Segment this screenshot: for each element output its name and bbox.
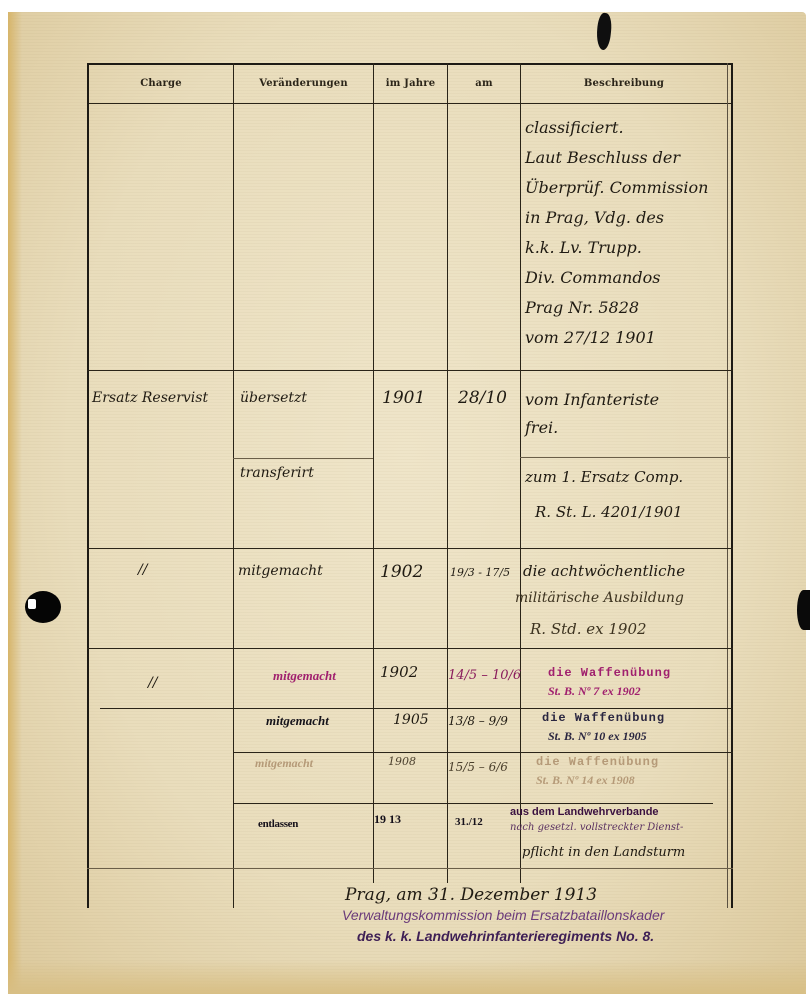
desc-line: R. St. L. 4201/1901 bbox=[535, 503, 683, 521]
header-divider bbox=[87, 103, 733, 104]
cell-charge: Ersatz Reservist bbox=[92, 390, 208, 406]
desc-line: pflicht in den Landsturm bbox=[522, 845, 685, 860]
row-subdivider-verand bbox=[233, 458, 373, 459]
cell-veraenderungen-stamp: mitgemacht bbox=[255, 756, 313, 771]
cell-im-jahre: 1908 bbox=[388, 755, 416, 768]
row-divider-2 bbox=[87, 548, 733, 549]
cell-am: 19/3 - 17/5 bbox=[450, 566, 510, 579]
header-im-jahre: im Jahre bbox=[374, 63, 447, 103]
cell-im-jahre: 1902 bbox=[380, 663, 418, 681]
cell-am: 14/5 – 10/6 bbox=[448, 668, 521, 683]
place-date-handwritten: Prag, am 31. Dezember 1913 bbox=[345, 885, 597, 905]
desc-line: nach gesetzl. vollstreckter Dienst- bbox=[510, 822, 683, 833]
header-am: am bbox=[448, 63, 520, 103]
cell-im-jahre: 19 13 bbox=[374, 812, 401, 827]
desc-stamp-line: die Waffenübung bbox=[536, 755, 659, 769]
row-divider-6 bbox=[233, 803, 713, 804]
desc-line: vom 27/12 1901 bbox=[525, 328, 656, 347]
desc-line: Div. Commandos bbox=[525, 268, 660, 287]
desc-line: militärische Ausbildung bbox=[515, 590, 684, 606]
cell-am: 15/5 – 6/6 bbox=[448, 760, 508, 774]
desc-stamp-line: St. B. Nº 10 ex 1905 bbox=[548, 729, 647, 744]
cell-veraenderungen: transferirt bbox=[240, 465, 314, 481]
row-divider-7 bbox=[87, 868, 733, 869]
desc-stamp-line: aus dem Landwehrverbande bbox=[510, 806, 659, 818]
cell-veraenderungen-stamp: entlassen bbox=[258, 818, 298, 830]
cell-am: 31./12 bbox=[455, 816, 483, 828]
desc-line: die achtwöchentliche bbox=[523, 562, 685, 580]
header-beschreibung: Beschreibung bbox=[521, 63, 727, 103]
cell-veraenderungen: übersetzt bbox=[240, 390, 307, 406]
paper-page bbox=[8, 12, 806, 994]
cell-im-jahre: 1905 bbox=[393, 712, 429, 728]
cell-charge-ditto: // bbox=[138, 562, 147, 578]
desc-line: k.k. Lv. Trupp. bbox=[525, 238, 642, 257]
stamp-line-1: Verwaltungskommission beim Ersatzbataill… bbox=[342, 907, 664, 923]
stamp-line-2: des k. k. Landwehrinfanterieregiments No… bbox=[357, 928, 654, 944]
desc-line: R. Std. ex 1902 bbox=[530, 620, 647, 638]
cell-im-jahre: 1902 bbox=[380, 562, 423, 582]
cell-veraenderungen-stamp: mitgemacht bbox=[273, 668, 336, 684]
cell-veraenderungen-stamp: mitgemacht bbox=[266, 713, 329, 729]
row-divider-4 bbox=[100, 708, 732, 709]
row-divider-1 bbox=[87, 370, 733, 371]
cell-am: 28/10 bbox=[458, 388, 507, 408]
cell-am: 13/8 – 9/9 bbox=[448, 714, 508, 728]
row-subdivider-beschr bbox=[520, 457, 730, 458]
desc-stamp-line: St. B. Nº 14 ex 1908 bbox=[536, 773, 635, 788]
table-right-inner-border bbox=[727, 63, 728, 908]
desc-line: Laut Beschluss der bbox=[525, 148, 680, 167]
header-veraenderungen: Veränderungen bbox=[234, 63, 373, 103]
paper-bottom-stain bbox=[8, 960, 806, 994]
desc-line: in Prag, Vdg. des bbox=[525, 208, 664, 227]
desc-line: Überprüf. Commission bbox=[525, 178, 708, 197]
paper-tear bbox=[797, 590, 810, 630]
desc-stamp-line: die Waffenübung bbox=[548, 666, 671, 680]
table-left-border bbox=[87, 63, 89, 908]
cell-veraenderungen: mitgemacht bbox=[238, 563, 323, 579]
desc-line: Prag Nr. 5828 bbox=[525, 298, 639, 317]
row-divider-5 bbox=[233, 752, 733, 753]
desc-line: frei. bbox=[525, 418, 558, 437]
paper-edge-stain bbox=[8, 12, 22, 994]
col-divider-4 bbox=[520, 63, 521, 883]
desc-stamp-line: die Waffenübung bbox=[542, 711, 665, 725]
cell-charge-ditto: // bbox=[148, 675, 157, 691]
row-divider-3 bbox=[87, 648, 733, 649]
col-divider-1 bbox=[233, 63, 234, 908]
table-right-border bbox=[731, 63, 733, 908]
desc-line: zum 1. Ersatz Comp. bbox=[525, 468, 683, 486]
col-divider-2 bbox=[373, 63, 374, 883]
header-charge: Charge bbox=[89, 63, 233, 103]
desc-line: vom Infanteriste bbox=[525, 390, 659, 409]
desc-stamp-line: St. B. Nº 7 ex 1902 bbox=[548, 684, 641, 699]
punch-hole bbox=[25, 591, 61, 623]
desc-line: classificiert. bbox=[525, 118, 624, 137]
cell-im-jahre: 1901 bbox=[382, 388, 425, 408]
